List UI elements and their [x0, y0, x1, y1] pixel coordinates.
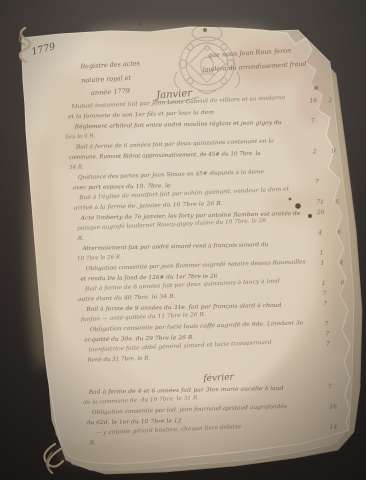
manuscript-photo: 1779 Registre des actes que nous Jean Ro… — [0, 0, 366, 480]
vignette-overlay — [0, 0, 366, 480]
manuscript-photo-svg: 1779 Registre des actes que nous Jean Ro… — [0, 0, 366, 480]
